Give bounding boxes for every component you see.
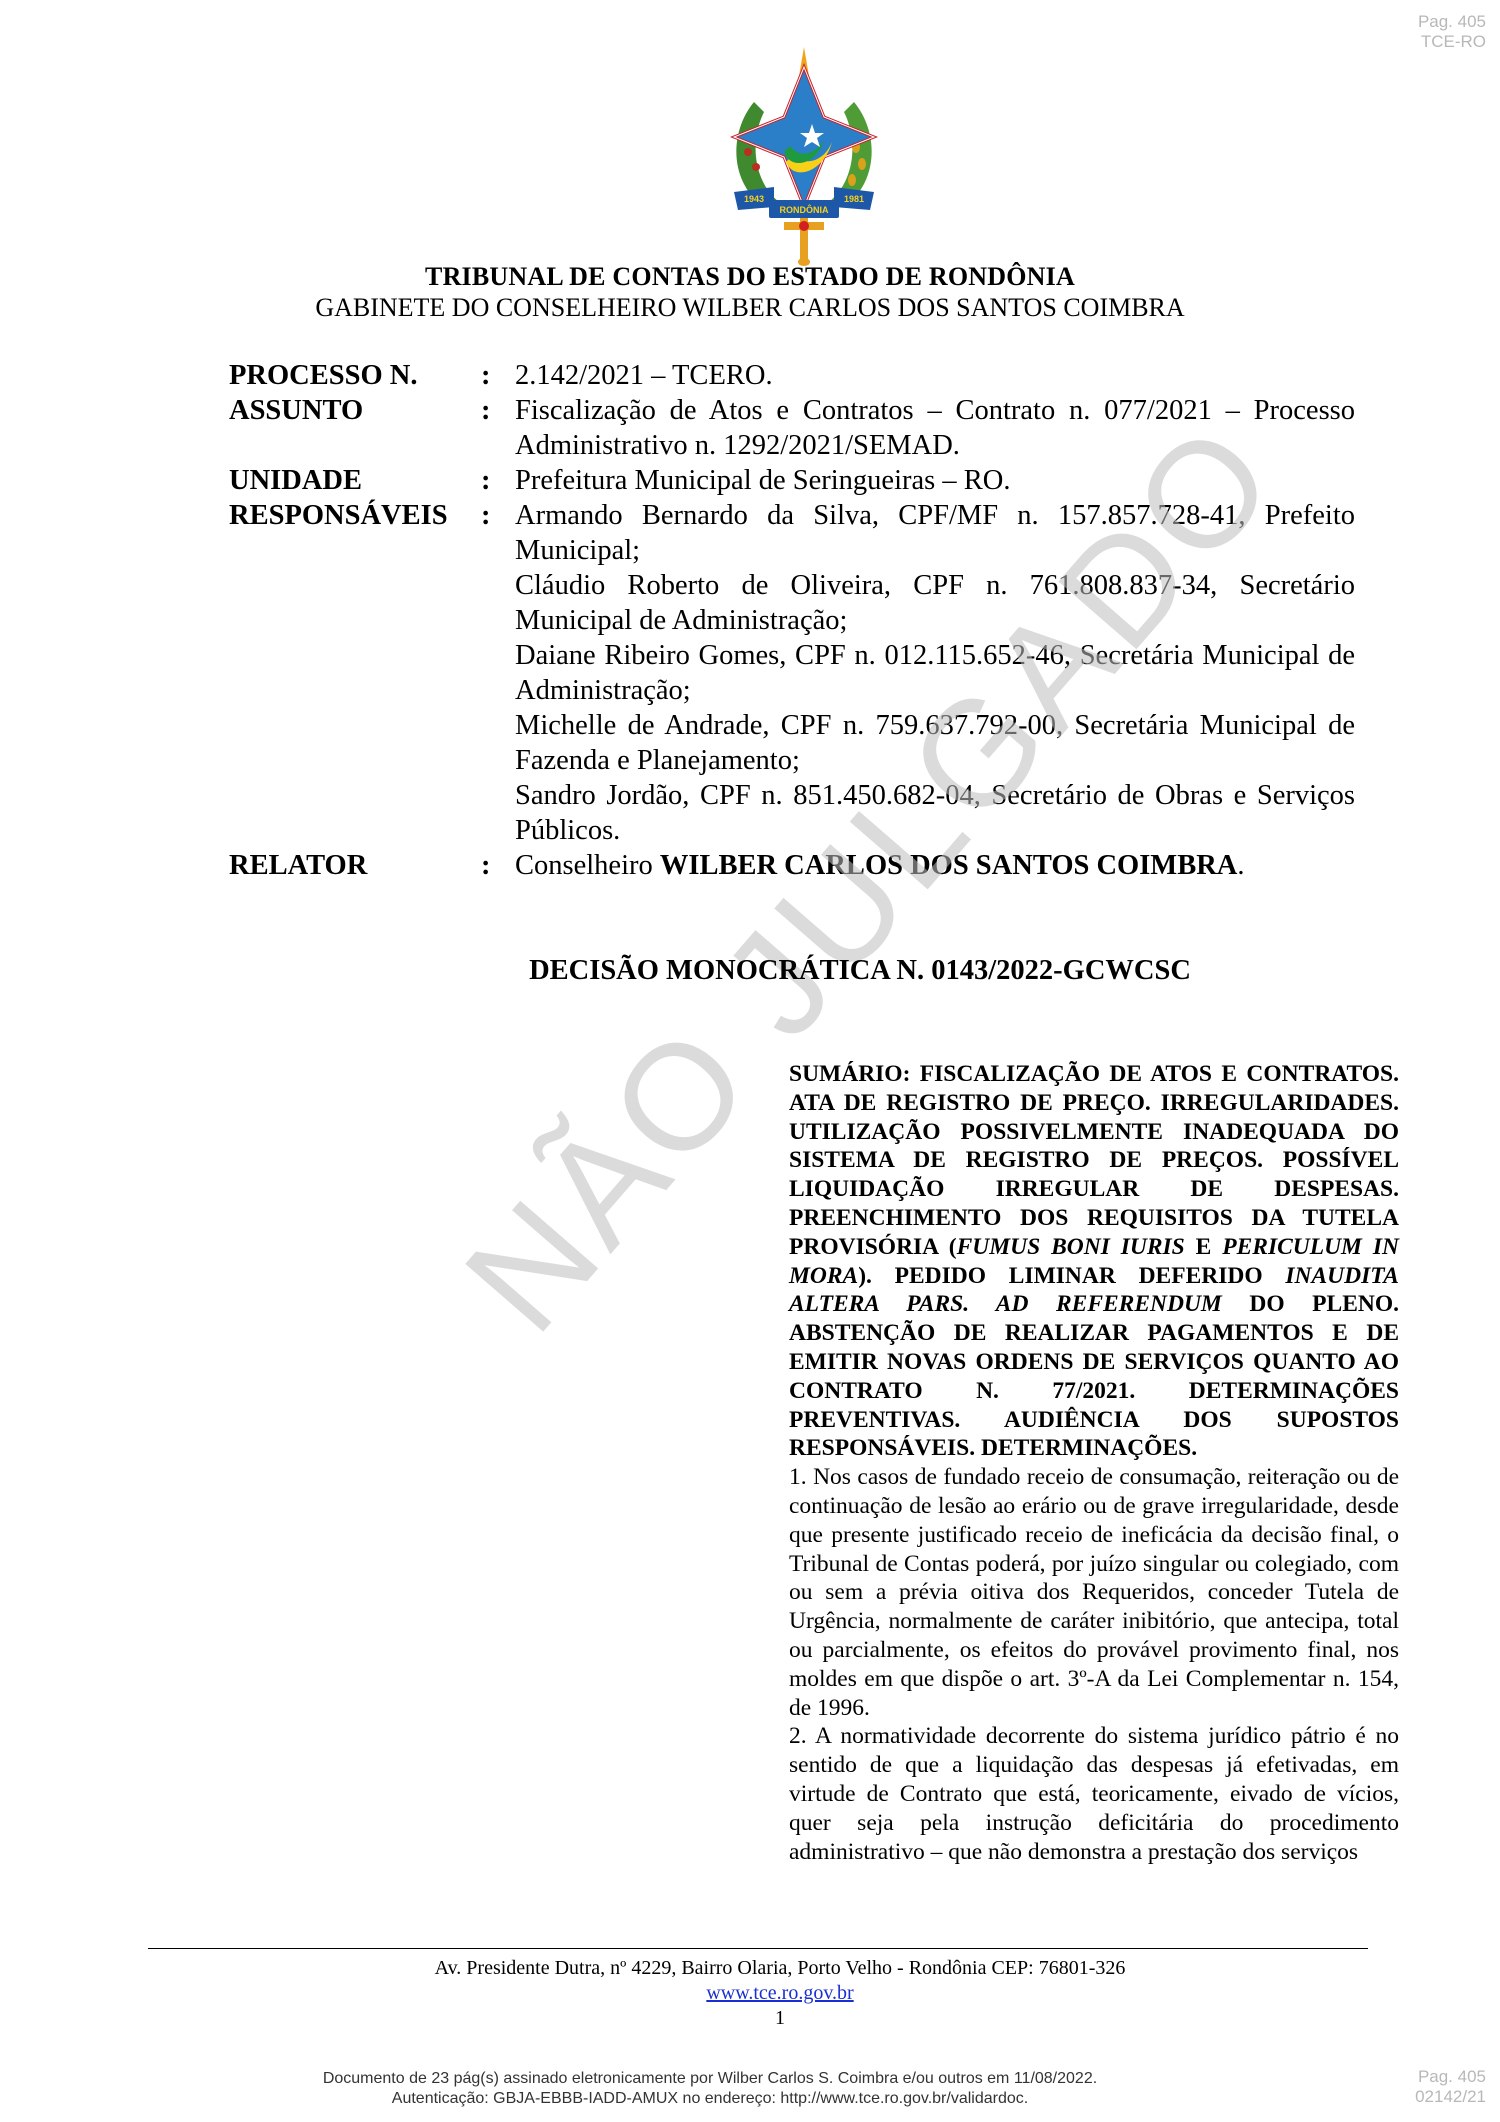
stamp-process: 02142/21 [1415, 2087, 1486, 2107]
meta-label: RELATOR [229, 848, 481, 883]
signature-note: Documento de 23 pág(s) assinado eletroni… [0, 2069, 1460, 2089]
relator-prefix: Conselheiro [515, 850, 660, 881]
svg-text:1981: 1981 [844, 194, 864, 204]
footer-address: Av. Presidente Dutra, nº 4229, Bairro Ol… [0, 1956, 1500, 1981]
decision-summary: SUMÁRIO: FISCALIZAÇÃO DE ATOS E CONTRATO… [789, 1060, 1399, 1866]
rondonia-coat-of-arms-icon: 1943 1981 RONDÔNIA [724, 42, 884, 267]
meta-value: Prefeitura Municipal de Seringueiras – R… [515, 463, 1355, 498]
responsible-person: Daiane Ribeiro Gomes, CPF n. 012.115.652… [515, 638, 1355, 708]
meta-value: Fiscalização de Atos e Contratos – Contr… [515, 393, 1355, 463]
meta-colon: : [481, 848, 515, 883]
responsible-person: Cláudio Roberto de Oliveira, CPF n. 761.… [515, 568, 1355, 638]
summary-item: 1. Nos casos de fundado receio de consum… [789, 1463, 1399, 1722]
meta-label: PROCESSO N. [229, 358, 481, 393]
svg-text:RONDÔNIA: RONDÔNIA [780, 204, 829, 215]
page-stamp-bottom: Pag. 405 02142/21 [1415, 2067, 1486, 2107]
meta-label: UNIDADE [229, 463, 481, 498]
meta-label: ASSUNTO [229, 393, 481, 463]
summary-item: 2. A normatividade decorrente do sistema… [789, 1722, 1399, 1866]
responsible-person: Sandro Jordão, CPF n. 851.450.682-04, Se… [515, 778, 1355, 848]
meta-assunto: ASSUNTO : Fiscalização de Atos e Contrat… [229, 393, 1369, 463]
process-metadata: PROCESSO N. : 2.142/2021 – TCERO. ASSUNT… [229, 358, 1369, 883]
footer-divider [148, 1948, 1368, 1949]
institution-title: TRIBUNAL DE CONTAS DO ESTADO DE RONDÔNIA [0, 262, 1500, 292]
svg-text:1943: 1943 [744, 194, 764, 204]
meta-colon: : [481, 498, 515, 848]
meta-relator: RELATOR : Conselheiro WILBER CARLOS DOS … [229, 848, 1369, 883]
page-number: 1 [0, 2006, 1500, 2031]
stamp-page: Pag. 405 [1415, 2067, 1486, 2087]
responsible-person: Armando Bernardo da Silva, CPF/MF n. 157… [515, 498, 1355, 568]
meta-value: Conselheiro WILBER CARLOS DOS SANTOS COI… [515, 848, 1355, 883]
meta-processo: PROCESSO N. : 2.142/2021 – TCERO. [229, 358, 1369, 393]
relator-suffix: . [1237, 850, 1244, 881]
meta-label: RESPONSÁVEIS [229, 498, 481, 848]
relator-name: WILBER CARLOS DOS SANTOS COIMBRA [660, 850, 1238, 881]
meta-unidade: UNIDADE : Prefeitura Municipal de Sering… [229, 463, 1369, 498]
meta-value: 2.142/2021 – TCERO. [515, 358, 1355, 393]
meta-colon: : [481, 358, 515, 393]
meta-colon: : [481, 393, 515, 463]
responsible-person: Michelle de Andrade, CPF n. 759.637.792-… [515, 708, 1355, 778]
stamp-org: TCE-RO [1418, 32, 1486, 52]
authentication-note: Autenticação: GBJA-EBBB-IADD-AMUX no end… [0, 2089, 1460, 2109]
footer-website-link[interactable]: www.tce.ro.gov.br [0, 1981, 1500, 2006]
decision-title: DECISÃO MONOCRÁTICA N. 0143/2022-GCWCSC [0, 955, 1500, 987]
office-subtitle: GABINETE DO CONSELHEIRO WILBER CARLOS DO… [0, 293, 1500, 323]
page-stamp-top: Pag. 405 TCE-RO [1418, 12, 1486, 52]
summary-heading: SUMÁRIO: FISCALIZAÇÃO DE ATOS E CONTRATO… [789, 1060, 1399, 1463]
meta-colon: : [481, 463, 515, 498]
stamp-page: Pag. 405 [1418, 12, 1486, 32]
meta-value: Armando Bernardo da Silva, CPF/MF n. 157… [515, 498, 1355, 848]
meta-responsaveis: RESPONSÁVEIS : Armando Bernardo da Silva… [229, 498, 1369, 848]
